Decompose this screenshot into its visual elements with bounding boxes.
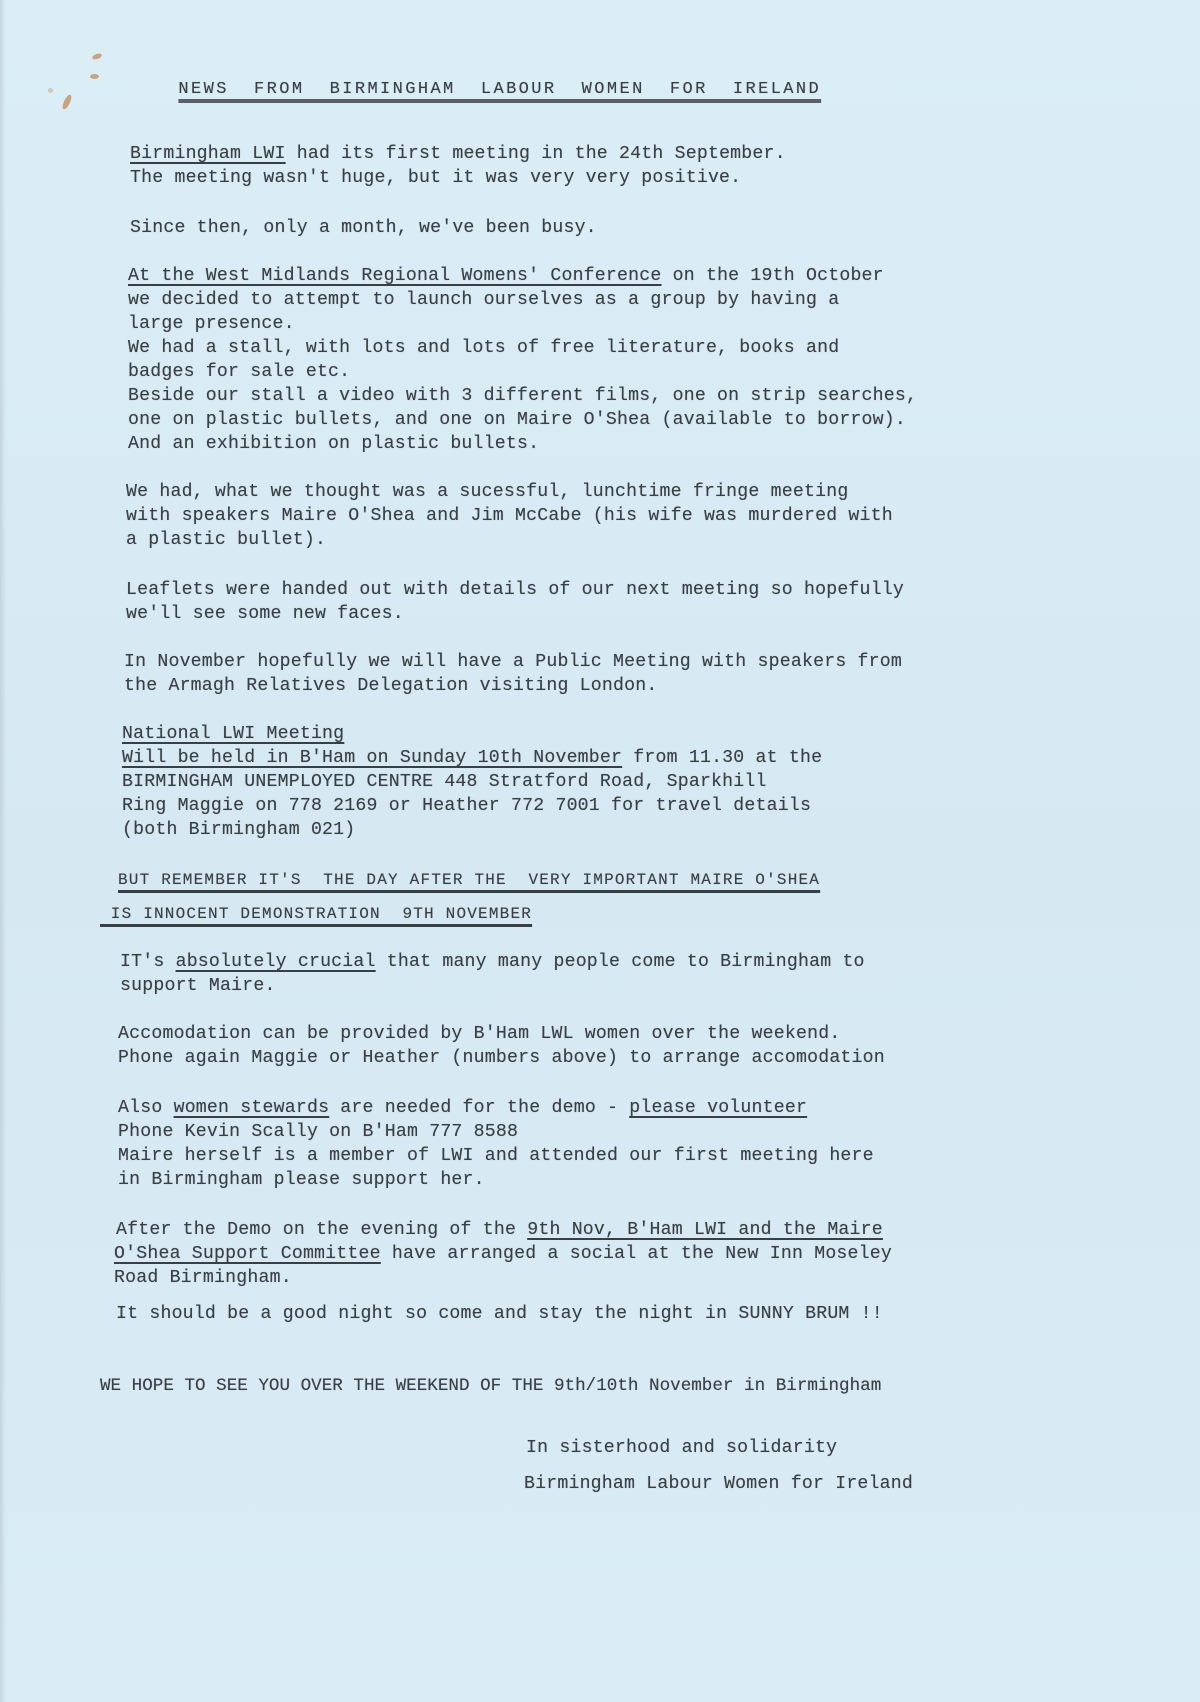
closing-line: WE HOPE TO SEE YOU OVER THE WEEKEND OF T…: [100, 1374, 881, 1398]
text-line: BIRMINGHAM UNEMPLOYED CENTRE 448 Stratfo…: [122, 770, 767, 794]
paragraph-conference: At the West Midlands Regional Womens' Co…: [128, 264, 884, 288]
underlined-text: BUT REMEMBER IT'S THE DAY AFTER THE VERY…: [118, 871, 820, 889]
signoff-organisation: Birmingham Labour Women for Ireland: [524, 1472, 913, 1496]
rust-stain: [90, 74, 99, 79]
text: After the Demo on the evening of the: [116, 1220, 527, 1240]
text-line: And an exhibition on plastic bullets.: [128, 432, 539, 456]
text-line: large presence.: [128, 312, 295, 336]
text-line: Beside our stall a video with 3 differen…: [128, 384, 917, 408]
text-line: support Maire.: [120, 974, 276, 998]
document-title: NEWS FROM BIRMINGHAM LABOUR WOMEN FOR IR…: [128, 54, 821, 126]
text: that many many people come to Birmingham…: [376, 952, 865, 972]
paragraph-first-meeting: Birmingham LWI had its first meeting in …: [130, 142, 786, 166]
underlined-text: IS INNOCENT DEMONSTRATION 9TH NOVEMBER: [100, 905, 532, 923]
text-line: Phone again Maggie or Heather (numbers a…: [118, 1046, 885, 1070]
text-line: Ring Maggie on 778 2169 or Heather 772 7…: [122, 794, 811, 818]
paragraph-sunny-brum: It should be a good night so come and st…: [116, 1302, 883, 1326]
text-line: we'll see some new faces.: [126, 602, 404, 626]
text-line: one on plastic bullets, and one on Maire…: [128, 408, 906, 432]
text: are needed for the demo -: [329, 1098, 629, 1118]
text-line: with speakers Maire O'Shea and Jim McCab…: [126, 504, 893, 528]
text: have arranged a social at the New Inn Mo…: [381, 1244, 892, 1264]
text: from 11.30 at the: [622, 748, 822, 768]
underlined-text: Will be held in B'Ham on Sunday 10th Nov…: [122, 748, 622, 768]
text-line: a plastic bullet).: [126, 528, 326, 552]
text-line: badges for sale etc.: [128, 360, 350, 384]
text-line: Maire herself is a member of LWI and att…: [118, 1144, 874, 1168]
text-line: the Armagh Relatives Delegation visiting…: [124, 674, 658, 698]
paragraph-busy: Since then, only a month, we've been bus…: [130, 216, 597, 240]
demonstration-notice: BUT REMEMBER IT'S THE DAY AFTER THE VERY…: [118, 868, 820, 892]
paragraph-leaflets: Leaflets were handed out with details of…: [126, 578, 904, 602]
text-line: Phone Kevin Scally on B'Ham 777 8588: [118, 1120, 518, 1144]
paragraph-crucial: IT's absolutely crucial that many many p…: [120, 950, 865, 974]
underlined-text: 9th Nov, B'Ham LWI and the Maire: [527, 1220, 883, 1240]
underlined-text: National LWI Meeting: [122, 724, 344, 744]
signoff-salutation: In sisterhood and solidarity: [526, 1436, 837, 1460]
underlined-text: please volunteer: [629, 1098, 807, 1118]
text-line: (both Birmingham 021): [122, 818, 355, 842]
title-text: NEWS FROM BIRMINGHAM LABOUR WOMEN FOR IR…: [178, 80, 821, 99]
text-line: IS INNOCENT DEMONSTRATION 9TH NOVEMBER: [100, 902, 532, 926]
text: had its first meeting in the 24th Septem…: [286, 144, 786, 164]
underlined-text: O'Shea Support Committee: [114, 1244, 381, 1264]
underlined-text: absolutely crucial: [176, 952, 376, 972]
underlined-text: women stewards: [174, 1098, 330, 1118]
rust-stain: [48, 88, 53, 93]
paragraph-accommodation: Accomodation can be provided by B'Ham LW…: [118, 1022, 840, 1046]
text-line: we decided to attempt to launch ourselve…: [128, 288, 839, 312]
paragraph-social: After the Demo on the evening of the 9th…: [116, 1218, 883, 1242]
text-line: Road Birmingham.: [114, 1266, 292, 1290]
text: Also: [118, 1098, 174, 1118]
text-line: The meeting wasn't huge, but it was very…: [130, 166, 741, 190]
text: IT's: [120, 952, 176, 972]
section-heading-national-meeting: National LWI Meeting: [122, 722, 344, 746]
text-line: Will be held in B'Ham on Sunday 10th Nov…: [122, 746, 822, 770]
underlined-text: Birmingham LWI: [130, 144, 286, 164]
paragraph-stewards: Also women stewards are needed for the d…: [118, 1096, 807, 1120]
paragraph-public-meeting: In November hopefully we will have a Pub…: [124, 650, 902, 674]
paragraph-fringe-meeting: We had, what we thought was a sucessful,…: [126, 480, 848, 504]
text-line: in Birmingham please support her.: [118, 1168, 485, 1192]
text-line: We had a stall, with lots and lots of fr…: [128, 336, 839, 360]
underlined-text: At the West Midlands Regional Womens' Co…: [128, 266, 662, 286]
text-line: O'Shea Support Committee have arranged a…: [114, 1242, 892, 1266]
text: on the 19th October: [662, 266, 884, 286]
